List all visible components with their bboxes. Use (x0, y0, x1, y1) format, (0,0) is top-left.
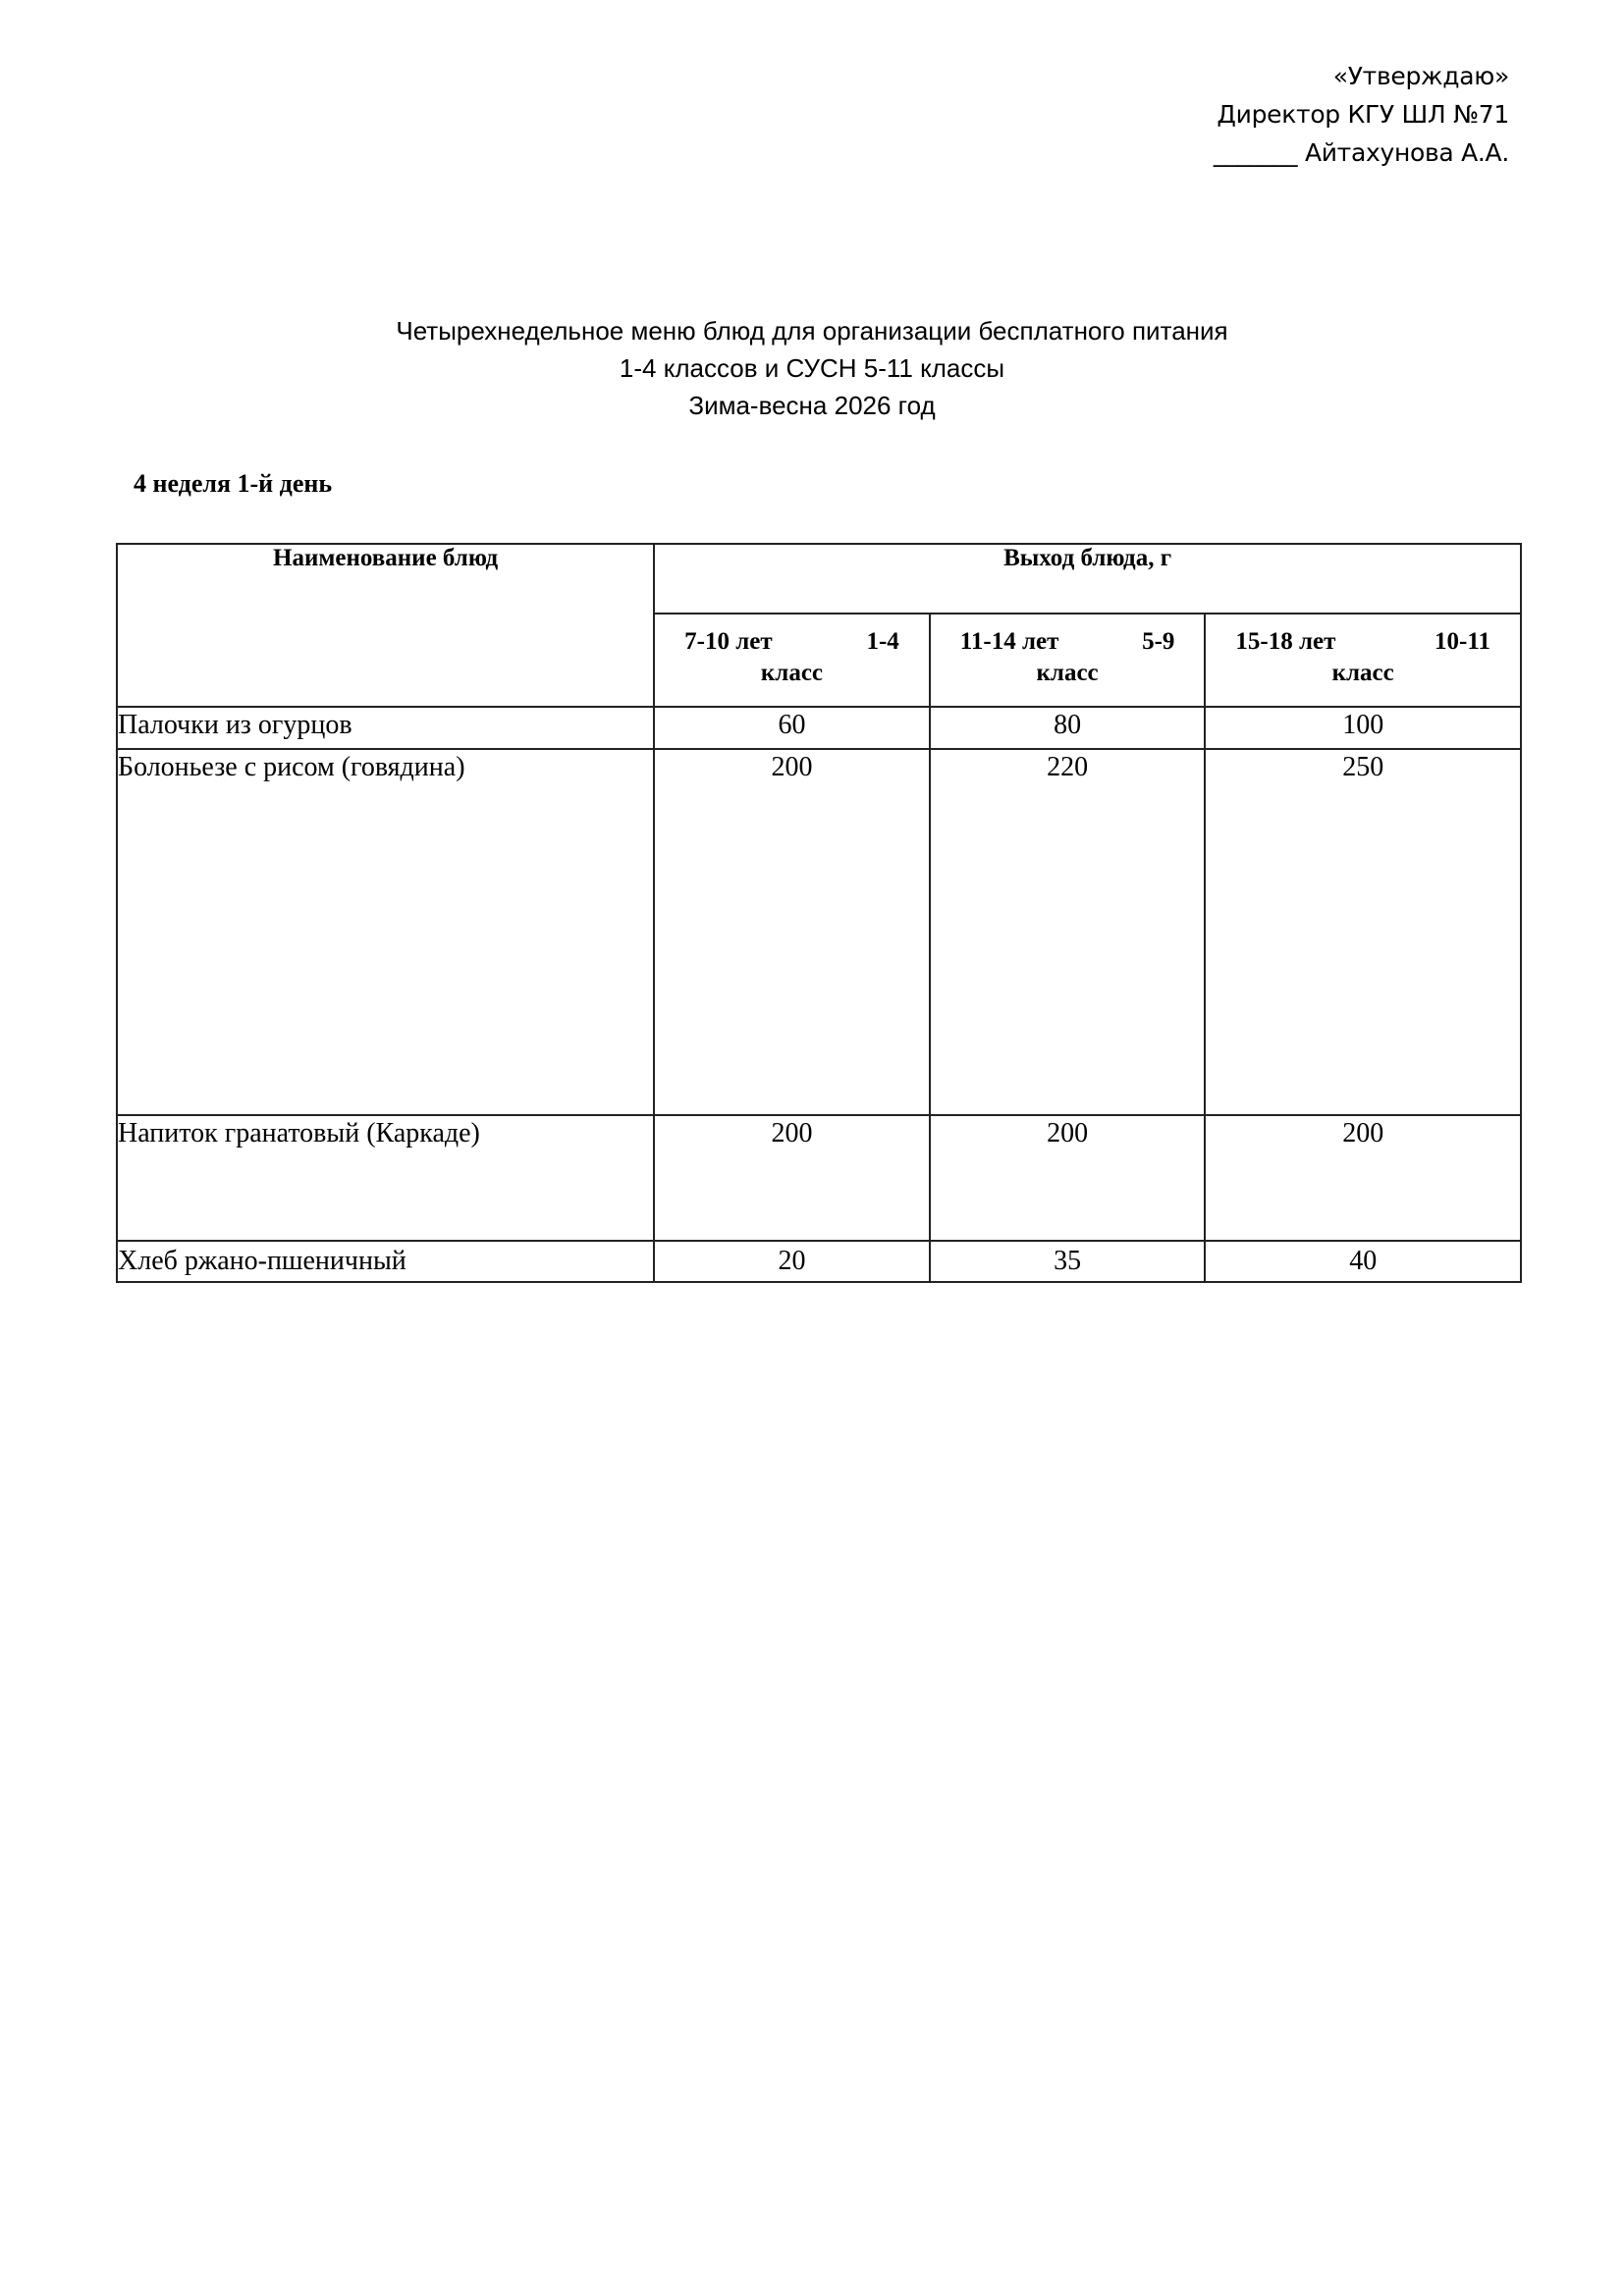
yield-value: 200 (654, 749, 930, 1115)
dish-name: Напиток гранатовый (Каркаде) (117, 1115, 654, 1241)
title-line-3: Зима-весна 2026 год (0, 387, 1624, 424)
header-age-group: 7-10 лет1-4 класс (654, 614, 930, 707)
title-line-1: Четырехнедельное меню блюд для организац… (0, 312, 1624, 349)
yield-value: 200 (930, 1115, 1206, 1241)
yield-value: 250 (1205, 749, 1521, 1115)
grade-range: 10-11 (1435, 626, 1490, 658)
header-yield: Выход блюда, г (654, 544, 1521, 614)
table-row: Палочки из огурцов 60 80 100 (117, 707, 1521, 749)
yield-value: 200 (654, 1115, 930, 1241)
approval-signature: _______ Айтахунова А.А. (1214, 133, 1509, 172)
table-row: Болоньезе с рисом (говядина) 200 220 250 (117, 749, 1521, 1115)
yield-value: 35 (930, 1241, 1206, 1282)
age-range: 11-14 лет (960, 626, 1059, 658)
approval-block: «Утверждаю» Директор КГУ ШЛ №71 _______ … (1214, 57, 1509, 172)
table-row: Напиток гранатовый (Каркаде) 200 200 200 (117, 1115, 1521, 1241)
day-label: 4 неделя 1-й день (134, 469, 332, 499)
yield-value: 200 (1205, 1115, 1521, 1241)
approval-heading: «Утверждаю» (1214, 57, 1509, 95)
grade-range: 5-9 (1142, 626, 1174, 658)
header-age-group: 15-18 лет10-11 класс (1205, 614, 1521, 707)
menu-table: Наименование блюд Выход блюда, г 7-10 ле… (116, 543, 1522, 1283)
dish-name: Болоньезе с рисом (говядина) (117, 749, 654, 1115)
age-range: 15-18 лет (1235, 626, 1335, 658)
dish-name: Хлеб ржано-пшеничный (117, 1241, 654, 1282)
yield-value: 100 (1205, 707, 1521, 749)
document-title: Четырехнедельное меню блюд для организац… (0, 312, 1624, 424)
yield-value: 40 (1205, 1241, 1521, 1282)
yield-value: 20 (654, 1241, 930, 1282)
grade-suffix: класс (655, 658, 929, 689)
grade-suffix: класс (931, 658, 1205, 689)
approval-position: Директор КГУ ШЛ №71 (1214, 95, 1509, 133)
yield-value: 80 (930, 707, 1206, 749)
grade-range: 1-4 (866, 626, 898, 658)
header-age-group: 11-14 лет5-9 класс (930, 614, 1206, 707)
header-dish-name: Наименование блюд (117, 544, 654, 707)
yield-value: 60 (654, 707, 930, 749)
title-line-2: 1-4 классов и СУСН 5-11 классы (0, 349, 1624, 387)
age-range: 7-10 лет (684, 626, 772, 658)
grade-suffix: класс (1206, 658, 1520, 689)
table-row: Хлеб ржано-пшеничный 20 35 40 (117, 1241, 1521, 1282)
yield-value: 220 (930, 749, 1206, 1115)
dish-name: Палочки из огурцов (117, 707, 654, 749)
